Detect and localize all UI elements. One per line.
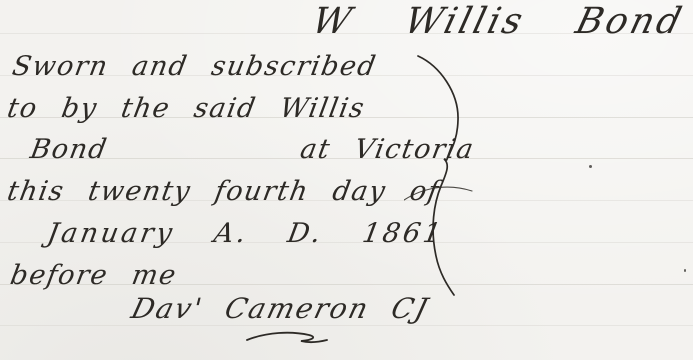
- signature-flourish: [243, 328, 333, 350]
- attestation-line-6: before me: [8, 261, 179, 291]
- manuscript-page: W Willis Bond Sworn and subscribed to by…: [0, 0, 693, 360]
- attestation-line-3-right: at Victoria: [298, 135, 477, 165]
- ruled-line: [0, 325, 693, 326]
- attestation-line-3-left: Bond: [28, 135, 110, 165]
- ink-speck: [589, 165, 592, 168]
- attestation-line-1: Sworn and subscribed: [10, 52, 379, 82]
- attestation-line-4: this twenty fourth day of: [5, 177, 442, 207]
- official-signature: Dav' Cameron CJ: [128, 294, 432, 325]
- ink-speck: [684, 269, 686, 272]
- attestation-line-5: January A. D. 1861: [45, 219, 446, 249]
- attestation-line-2: to by the said Willis: [5, 94, 367, 124]
- header-signature: W Willis Bond: [308, 2, 688, 42]
